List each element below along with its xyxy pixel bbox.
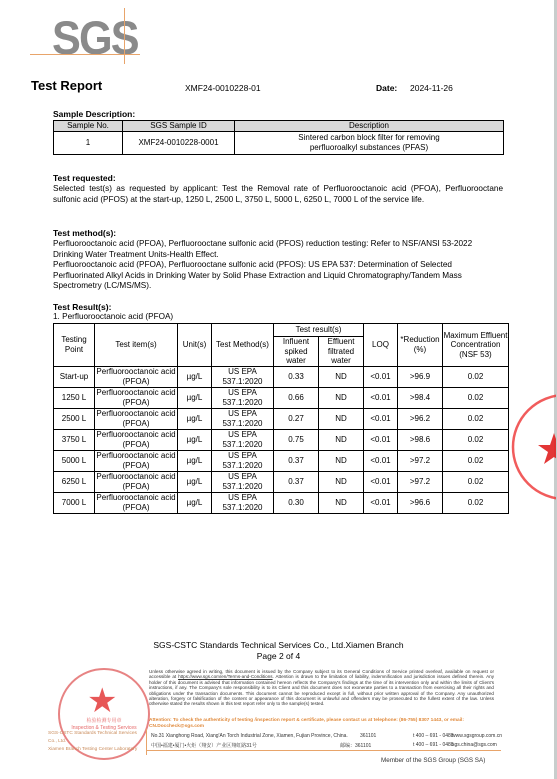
loq-cell: <0.01 xyxy=(364,387,398,408)
table-row: 1 XMF24-0010228-0001 Sintered carbon blo… xyxy=(54,131,504,154)
column-header: Sample No. xyxy=(54,121,123,132)
reduction-cell: >98.4 xyxy=(398,387,443,408)
footer-divider xyxy=(146,750,501,751)
max-effluent-cell: 0.02 xyxy=(443,366,509,387)
test-method-line-1: Perfluorooctanoic acid (PFOA), Perfluoro… xyxy=(53,239,493,260)
phone-2: t 400 – 691 - 0488 xyxy=(413,742,454,748)
table-row: 1250 LPerfluorooctanoic acid (PFOA)µg/LU… xyxy=(54,387,509,408)
sample-id-cell: XMF24-0010228-0001 xyxy=(123,131,235,154)
test-requested-text: Selected test(s) as requested by applica… xyxy=(53,184,503,205)
test-item-cell: Perfluorooctanoic acid (PFOA) xyxy=(95,492,178,513)
influent-cell: 0.66 xyxy=(274,387,319,408)
reduction-cell: >96.6 xyxy=(398,492,443,513)
method-cell: US EPA 537.1:2020 xyxy=(212,450,274,471)
effluent-cell: ND xyxy=(319,450,364,471)
description-cell: Sintered carbon block filter for removin… xyxy=(235,131,504,154)
method-cell: US EPA 537.1:2020 xyxy=(212,471,274,492)
stamp-text-cn: 检验检测专用章 xyxy=(70,718,138,725)
max-effluent-cell: 0.02 xyxy=(443,492,509,513)
effluent-cell: ND xyxy=(319,408,364,429)
unit-cell: µg/L xyxy=(178,492,212,513)
branch-line-2: Xiamen Branch Testing Center Laboratory xyxy=(48,746,144,754)
reduction-cell: >97.2 xyxy=(398,471,443,492)
loq-cell: <0.01 xyxy=(364,492,398,513)
method-cell: US EPA 537.1:2020 xyxy=(212,408,274,429)
seal-icon xyxy=(510,387,556,507)
header-influent: Influent spiked water xyxy=(274,337,319,367)
testing-point-cell: 2500 L xyxy=(54,408,95,429)
footer-divider-vertical xyxy=(146,729,147,755)
unit-cell: µg/L xyxy=(178,408,212,429)
sample-no-cell: 1 xyxy=(54,131,123,154)
effluent-cell: ND xyxy=(319,492,364,513)
company-seal-partial xyxy=(510,387,556,507)
footer-branch: SGS-CSTC Standards Technical Services Co… xyxy=(48,730,144,754)
test-item-cell: Perfluorooctanoic acid (PFOA) xyxy=(95,471,178,492)
unit-cell: µg/L xyxy=(178,387,212,408)
terms-link[interactable]: https://www.sgs.com/en/Terms-and-Conditi… xyxy=(178,674,272,679)
test-requested-title: Test requested: xyxy=(53,173,116,183)
loq-cell: <0.01 xyxy=(364,429,398,450)
influent-cell: 0.37 xyxy=(274,471,319,492)
effluent-cell: ND xyxy=(319,429,364,450)
test-results-subtitle: 1. Perfluorooctanoic acid (PFOA) xyxy=(53,312,503,323)
unit-cell: µg/L xyxy=(178,429,212,450)
reduction-cell: >97.2 xyxy=(398,450,443,471)
table-row: 3750 LPerfluorooctanoic acid (PFOA)µg/LU… xyxy=(54,429,509,450)
postcode-en: 361101 xyxy=(360,733,376,739)
effluent-cell: ND xyxy=(319,366,364,387)
column-header: Description xyxy=(235,121,504,132)
table-header-row: Testing Point Test item(s) Unit(s) Test … xyxy=(54,324,509,337)
authenticity-notice: Attention: To check the authenticity of … xyxy=(149,718,494,729)
sgs-member-note: Member of the SGS Group (SGS SA) xyxy=(381,757,485,764)
postcode-cn: 邮编：361101 xyxy=(340,742,371,749)
table-row: Start-upPerfluorooctanoic acid (PFOA)µg/… xyxy=(54,366,509,387)
influent-cell: 0.33 xyxy=(274,366,319,387)
influent-cell: 0.30 xyxy=(274,492,319,513)
max-effluent-cell: 0.02 xyxy=(443,408,509,429)
effluent-cell: ND xyxy=(319,471,364,492)
disclaimer-text-cont: . Attention is drawn to the limitation o… xyxy=(149,674,494,706)
sgs-logo: SGS xyxy=(30,8,140,64)
table-row: 6250 LPerfluorooctanoic acid (PFOA)µg/LU… xyxy=(54,471,509,492)
results-body: Start-upPerfluorooctanoic acid (PFOA)µg/… xyxy=(54,366,509,513)
header-max-effluent: Maximum Effluent Concentration (NSF 53) xyxy=(443,324,509,367)
header-test-results-group: Test result(s) xyxy=(274,324,364,337)
header-test-item: Test item(s) xyxy=(95,324,178,367)
website-link[interactable]: www.sgsgroup.com.cn xyxy=(452,733,502,739)
footer-company: SGS-CSTC Standards Technical Services Co… xyxy=(0,640,557,662)
header-loq: LOQ xyxy=(364,324,398,367)
email-link[interactable]: sgs.china@sgs.com xyxy=(452,742,497,748)
header-unit: Unit(s) xyxy=(178,324,212,367)
unit-cell: µg/L xyxy=(178,450,212,471)
method-cell: US EPA 537.1:2020 xyxy=(212,429,274,450)
max-effluent-cell: 0.02 xyxy=(443,387,509,408)
reduction-cell: >98.6 xyxy=(398,429,443,450)
table-row: 5000 LPerfluorooctanoic acid (PFOA)µg/LU… xyxy=(54,450,509,471)
legal-disclaimer: Unless otherwise agreed in writing, this… xyxy=(149,669,494,707)
max-effluent-cell: 0.02 xyxy=(443,471,509,492)
test-item-cell: Perfluorooctanoic acid (PFOA) xyxy=(95,408,178,429)
header-reduction: *Reduction (%) xyxy=(398,324,443,367)
influent-cell: 0.27 xyxy=(274,408,319,429)
loq-cell: <0.01 xyxy=(364,450,398,471)
sample-description-table: Sample No. SGS Sample ID Description 1 X… xyxy=(53,120,504,155)
influent-cell: 0.75 xyxy=(274,429,319,450)
logo-vertical-line xyxy=(124,8,125,64)
date-label: Date: xyxy=(376,83,397,93)
max-effluent-cell: 0.02 xyxy=(443,429,509,450)
star-icon: ★ xyxy=(87,684,117,718)
test-item-cell: Perfluorooctanoic acid (PFOA) xyxy=(95,429,178,450)
influent-cell: 0.37 xyxy=(274,450,319,471)
testing-point-cell: 1250 L xyxy=(54,387,95,408)
test-item-cell: Perfluorooctanoic acid (PFOA) xyxy=(95,366,178,387)
effluent-cell: ND xyxy=(319,387,364,408)
testing-point-cell: 5000 L xyxy=(54,450,95,471)
sample-description-title: Sample Description: xyxy=(53,109,135,119)
method-cell: US EPA 537.1:2020 xyxy=(212,492,274,513)
loq-cell: <0.01 xyxy=(364,471,398,492)
header-test-method: Test Method(s) xyxy=(212,324,274,367)
report-title: Test Report xyxy=(31,78,102,93)
column-header: SGS Sample ID xyxy=(123,121,235,132)
loq-cell: <0.01 xyxy=(364,366,398,387)
testing-point-cell: Start-up xyxy=(54,366,95,387)
max-effluent-cell: 0.02 xyxy=(443,450,509,471)
test-method-line-2: Perfluorooctanoic acid (PFOA), Perfluoro… xyxy=(53,260,493,292)
header-testing-point: Testing Point xyxy=(54,324,95,367)
unit-cell: µg/L xyxy=(178,366,212,387)
table-row: 7000 LPerfluorooctanoic acid (PFOA)µg/LU… xyxy=(54,492,509,513)
branch-line-1: SGS-CSTC Standards Technical Services Co… xyxy=(48,730,144,746)
unit-cell: µg/L xyxy=(178,471,212,492)
test-item-cell: Perfluorooctanoic acid (PFOA) xyxy=(95,450,178,471)
footer-company-name: SGS-CSTC Standards Technical Services Co… xyxy=(0,640,557,651)
testing-point-cell: 3750 L xyxy=(54,429,95,450)
loq-cell: <0.01 xyxy=(364,408,398,429)
page-indicator: Page 2 of 4 xyxy=(0,651,557,662)
date-value: 2024-11-26 xyxy=(410,83,453,93)
reduction-cell: >96.2 xyxy=(398,408,443,429)
test-results-title: Test Result(s): xyxy=(53,302,111,312)
test-methods-title: Test method(s): xyxy=(53,228,116,238)
table-header-row: Sample No. SGS Sample ID Description xyxy=(54,121,504,132)
phone-1: t 400 – 691 - 0488 xyxy=(413,733,454,739)
testing-point-cell: 7000 L xyxy=(54,492,95,513)
reduction-cell: >96.9 xyxy=(398,366,443,387)
method-cell: US EPA 537.1:2020 xyxy=(212,366,274,387)
test-item-cell: Perfluorooctanoic acid (PFOA) xyxy=(95,387,178,408)
address-en: No.31 Xianghong Road, Xiang'An Torch Ind… xyxy=(151,733,348,739)
method-cell: US EPA 537.1:2020 xyxy=(212,387,274,408)
address-cn: 中国•福建•厦门•火炬（翔安）产业区翔虹路31号 xyxy=(151,742,257,749)
header-effluent: Effluent filtrated water xyxy=(319,337,364,367)
test-results-table: Testing Point Test item(s) Unit(s) Test … xyxy=(53,323,509,514)
table-row: 2500 LPerfluorooctanoic acid (PFOA)µg/LU… xyxy=(54,408,509,429)
report-number: XMF24-0010228-01 xyxy=(185,83,261,93)
testing-point-cell: 6250 L xyxy=(54,471,95,492)
